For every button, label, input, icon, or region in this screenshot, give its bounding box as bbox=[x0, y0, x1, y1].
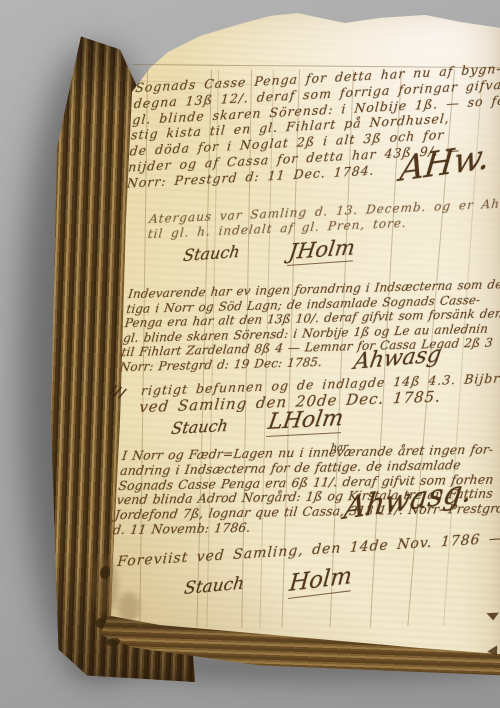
paper-smudge bbox=[118, 592, 140, 622]
paper-smudge bbox=[90, 556, 118, 614]
inserted-word-above-line: har. bbox=[330, 442, 351, 454]
photo-of-ledger-book: Sognads Casse Penga for detta har nu af … bbox=[0, 0, 500, 708]
signature-stauch: Stauch bbox=[170, 416, 229, 438]
signature-holm: LHolm bbox=[266, 406, 345, 437]
signature-holm: JHolm bbox=[287, 235, 357, 266]
